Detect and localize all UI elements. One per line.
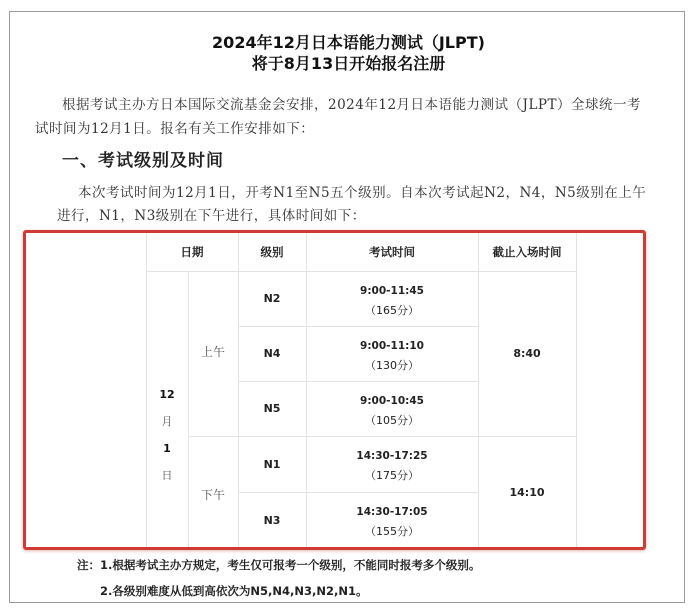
note-1: 注：1.根据考试主办方规定，考生仅可报考一个级别，不能同时报考多个级别。 — [77, 557, 480, 573]
highlight-box — [23, 230, 646, 550]
document-title-line2: 将于8月13日开始报名注册 — [0, 51, 697, 74]
document-title-line1: 2024年12月日本语能力测试（JLPT) — [0, 30, 697, 53]
note-2: 2.各级别难度从低到高依次为N5,N4,N3,N2,N1。 — [100, 583, 367, 599]
intro-paragraph-line2: 试时间为12月1日。报名有关工作安排如下： — [35, 117, 314, 137]
section-paragraph-line1: 本次考试时间为12月1日，开考N1至N5五个级别。自本次考试起N2，N4，N5级… — [78, 181, 646, 201]
section-paragraph-line2: 进行，N1，N3级别在下午进行，具体时间如下： — [57, 204, 366, 224]
intro-paragraph-line1: 根据考试主办方日本国际交流基金会安排，2024年12月日本语能力测试（JLPT）… — [62, 93, 641, 113]
section-heading: 一、考试级别及时间 — [62, 146, 224, 171]
